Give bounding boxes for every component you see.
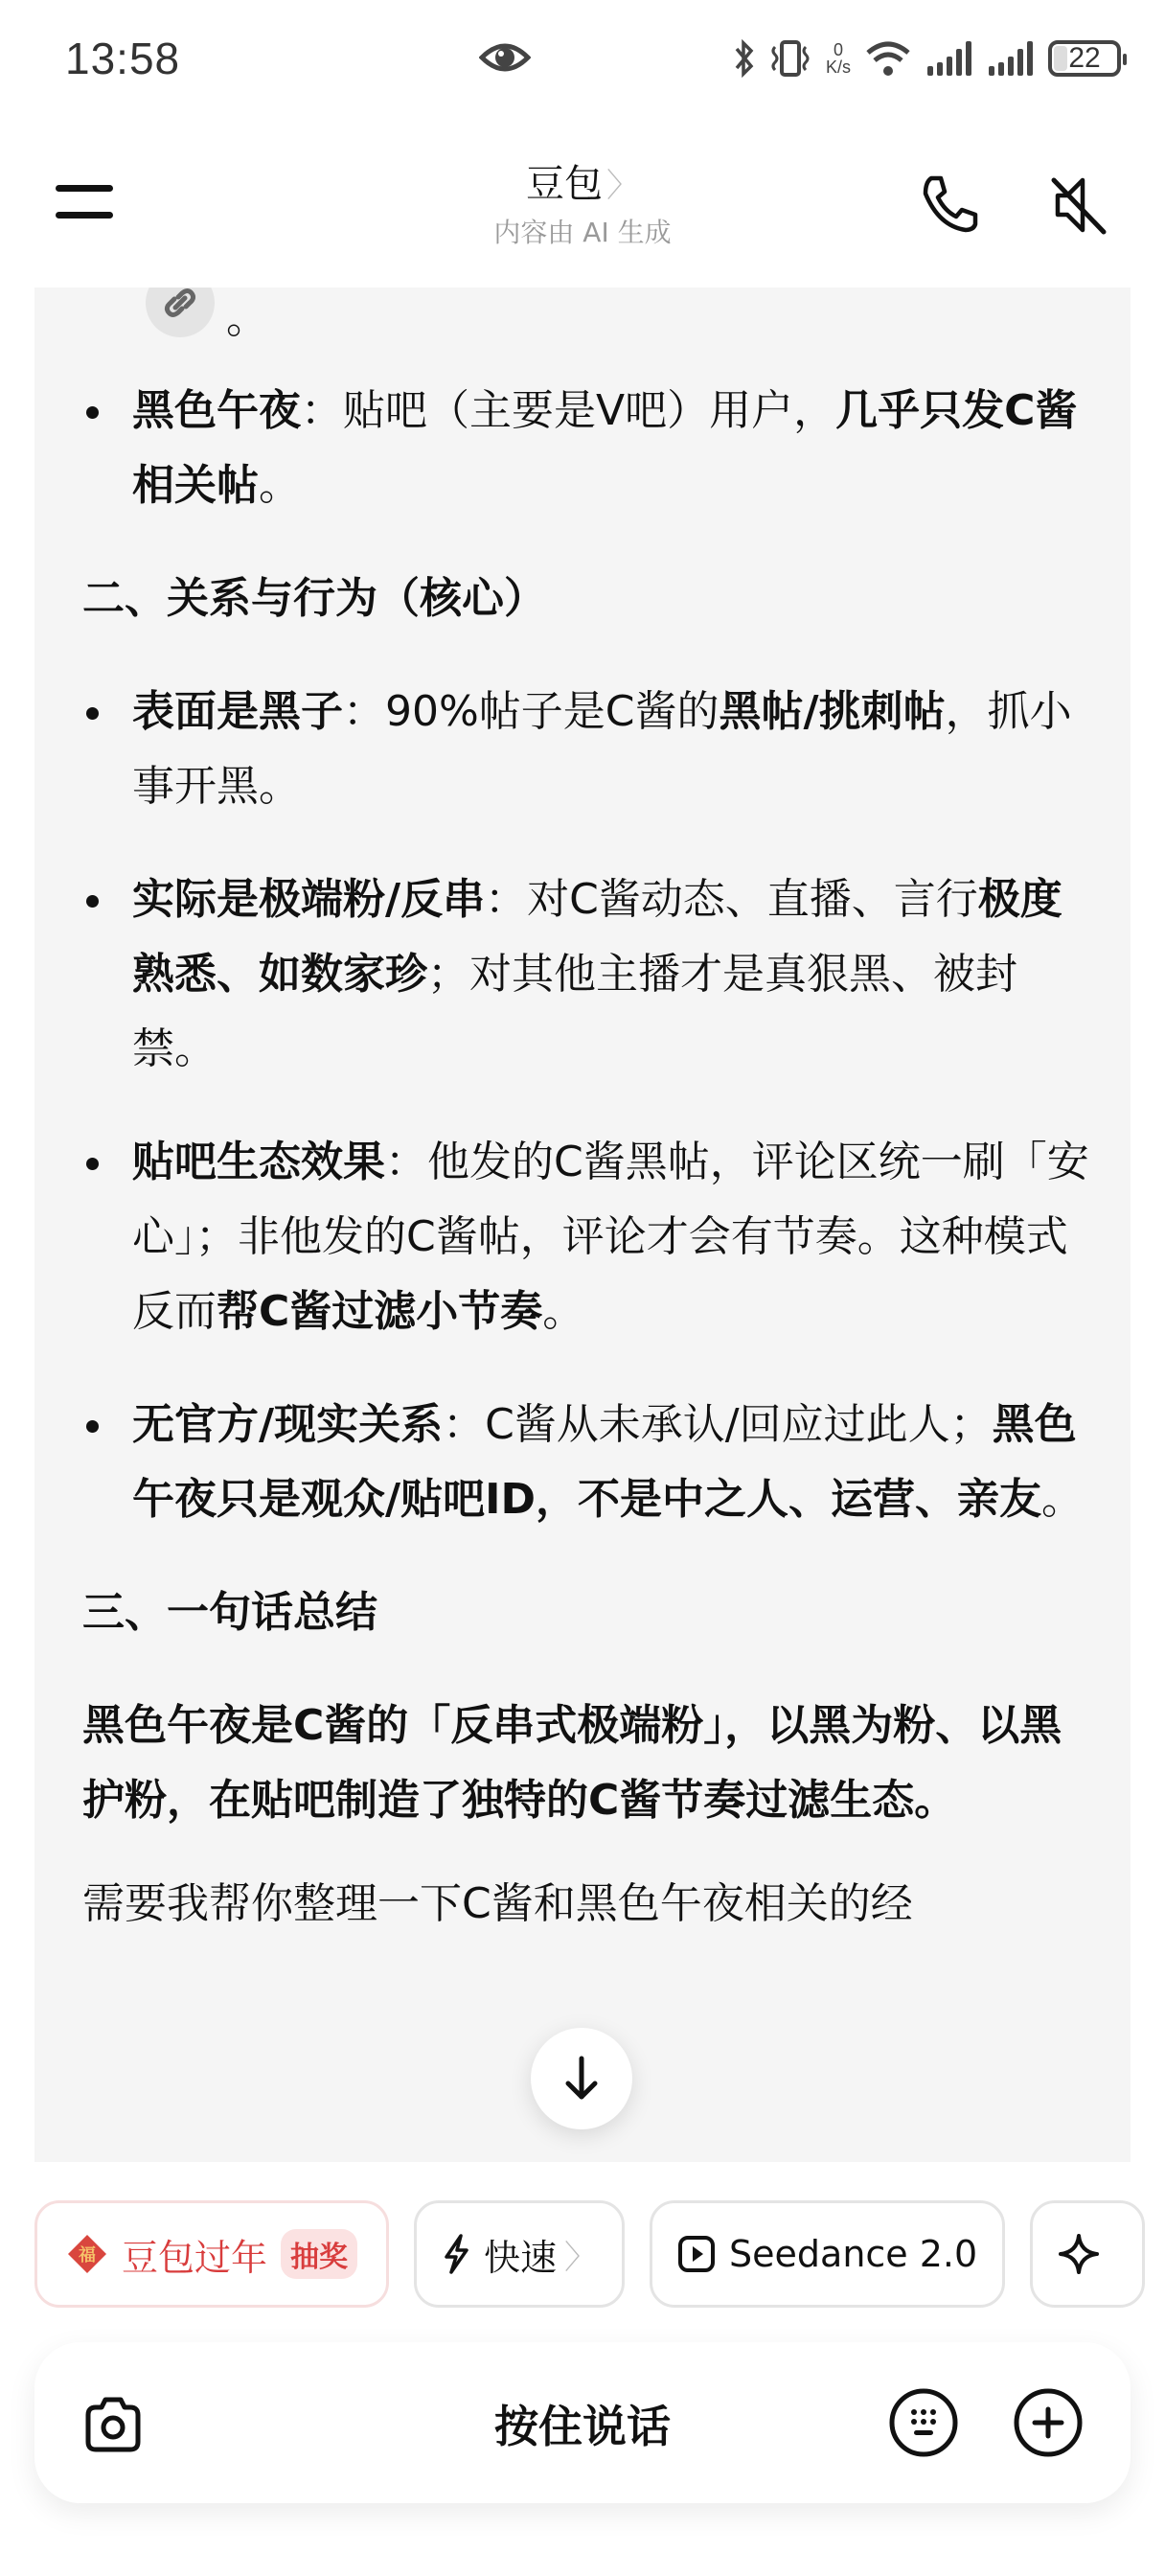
sparkle-icon bbox=[1058, 2233, 1100, 2275]
speaker-muted-icon[interactable] bbox=[1044, 171, 1113, 240]
relationship-list: 表面是黑子：90%帖子是C酱的黑帖/挑刺帖，抓小事开黑。 实际是极端粉/反串：对… bbox=[82, 675, 1098, 1537]
chevron-right-icon: 〉 bbox=[564, 2231, 597, 2278]
reference-link-button[interactable] bbox=[146, 287, 215, 337]
status-icons: 0 K/s 22 bbox=[734, 34, 1121, 82]
section-heading: 二、关系与行为（核心） bbox=[82, 562, 1098, 636]
fu-diamond-icon: 福 bbox=[66, 2233, 108, 2275]
ai-generated-note: 内容由 AI 生成 bbox=[0, 212, 1165, 250]
intro-list: 黑色午夜：贴吧（主要是V吧）用户，几乎只发C酱相关帖。 bbox=[82, 374, 1098, 523]
scroll-to-bottom-button[interactable] bbox=[531, 2028, 632, 2129]
reference-row: 。 bbox=[82, 287, 1098, 355]
wifi-icon bbox=[864, 39, 912, 78]
status-time: 13:58 bbox=[65, 33, 180, 84]
list-item: 实际是极端粉/反串：对C酱动态、直播、言行极度熟悉、如数家珍；对其他主播才是真狠… bbox=[82, 862, 1098, 1087]
net-speed: 0 K/s bbox=[826, 41, 851, 76]
chip-fast-mode[interactable]: 快速 〉 bbox=[414, 2200, 625, 2308]
app-header: 豆包〉 内容由 AI 生成 bbox=[0, 134, 1165, 287]
chat-title[interactable]: 豆包〉 内容由 AI 生成 bbox=[0, 153, 1165, 250]
input-bar: 按住说话 bbox=[34, 2342, 1131, 2503]
chevron-right-icon: 〉 bbox=[606, 167, 639, 205]
bluetooth-icon bbox=[734, 39, 755, 78]
plus-icon[interactable] bbox=[1012, 2386, 1085, 2459]
link-icon bbox=[161, 287, 199, 322]
signal-icon bbox=[987, 39, 1035, 78]
video-play-icon bbox=[677, 2235, 716, 2273]
keyboard-icon[interactable] bbox=[887, 2386, 960, 2459]
chip-seedance[interactable]: Seedance 2.0 bbox=[650, 2200, 1005, 2308]
vibrate-icon bbox=[768, 39, 812, 78]
list-item: 无官方/现实关系：C酱从未承认/回应过此人；黑色午夜只是观众/贴吧ID，不是中之… bbox=[82, 1388, 1098, 1537]
lottery-badge: 抽奖 bbox=[281, 2229, 357, 2279]
chip-more[interactable] bbox=[1030, 2200, 1145, 2308]
arrow-down-icon bbox=[560, 2055, 603, 2103]
signal-icon bbox=[925, 39, 973, 78]
list-item: 黑色午夜：贴吧（主要是V吧）用户，几乎只发C酱相关帖。 bbox=[82, 374, 1098, 523]
summary-text: 黑色午夜是C酱的「反串式极端粉」，以黑为粉、以黑护粉，在贴吧制造了独特的C酱节奏… bbox=[82, 1689, 1098, 1838]
followup-question: 需要我帮你整理一下C酱和黑色午夜相关的经 bbox=[82, 1867, 1098, 1942]
eye-icon bbox=[479, 38, 531, 77]
quick-actions: 福 豆包过年 抽奖 快速 〉 Seedance 2.0 bbox=[34, 2200, 1145, 2308]
phone-icon[interactable] bbox=[918, 172, 981, 236]
status-bar: 13:58 0 K/s 22 bbox=[0, 0, 1165, 125]
message-content: 。 黑色午夜：贴吧（主要是V吧）用户，几乎只发C酱相关帖。 二、关系与行为（核心… bbox=[34, 287, 1131, 2162]
section-heading: 三、一句话总结 bbox=[82, 1575, 1098, 1650]
bot-name: 豆包 bbox=[526, 162, 603, 206]
hold-to-talk-button[interactable]: 按住说话 bbox=[34, 2392, 1131, 2455]
chip-new-year[interactable]: 福 豆包过年 抽奖 bbox=[34, 2200, 389, 2308]
list-item: 贴吧生态效果：他发的C酱黑帖，评论区统一刷「安心」；非他发的C酱帖，评论才会有节… bbox=[82, 1125, 1098, 1349]
svg-text:福: 福 bbox=[79, 2245, 96, 2265]
lightning-icon bbox=[442, 2233, 470, 2275]
list-item: 表面是黑子：90%帖子是C酱的黑帖/挑刺帖，抓小事开黑。 bbox=[82, 675, 1098, 824]
battery-icon: 22 bbox=[1048, 40, 1121, 77]
